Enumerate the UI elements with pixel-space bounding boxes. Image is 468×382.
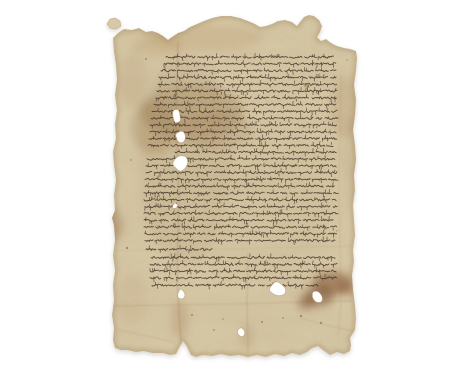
ink-speck	[261, 321, 263, 323]
ink-speck	[336, 230, 337, 231]
ink-speck	[126, 247, 128, 249]
parchment-stain	[116, 274, 146, 326]
ink-speck	[262, 56, 264, 58]
ink-speck	[329, 129, 330, 130]
ink-speck	[237, 95, 239, 97]
ink-speck	[130, 159, 132, 161]
ink-speck	[282, 317, 284, 319]
ink-speck	[145, 58, 147, 60]
photo-background	[0, 0, 468, 382]
parchment-sheet	[100, 8, 368, 368]
parchment-hole	[173, 109, 181, 122]
parchment-stain	[297, 296, 315, 310]
ink-speck	[157, 225, 159, 227]
ink-speck	[218, 61, 220, 63]
parchment-stain	[101, 209, 123, 241]
ink-speck	[306, 199, 308, 201]
parchment-stain	[119, 54, 147, 110]
ink-speck	[300, 315, 302, 317]
parchment-stain	[132, 35, 184, 57]
ink-speck	[320, 322, 322, 324]
parchment-fragment	[107, 18, 121, 29]
ink-speck	[213, 329, 215, 331]
ink-speck	[346, 59, 347, 60]
parchment-stain	[330, 78, 360, 138]
ink-speck	[222, 318, 224, 320]
manuscript-photograph	[0, 0, 468, 382]
ink-speck	[191, 314, 193, 316]
